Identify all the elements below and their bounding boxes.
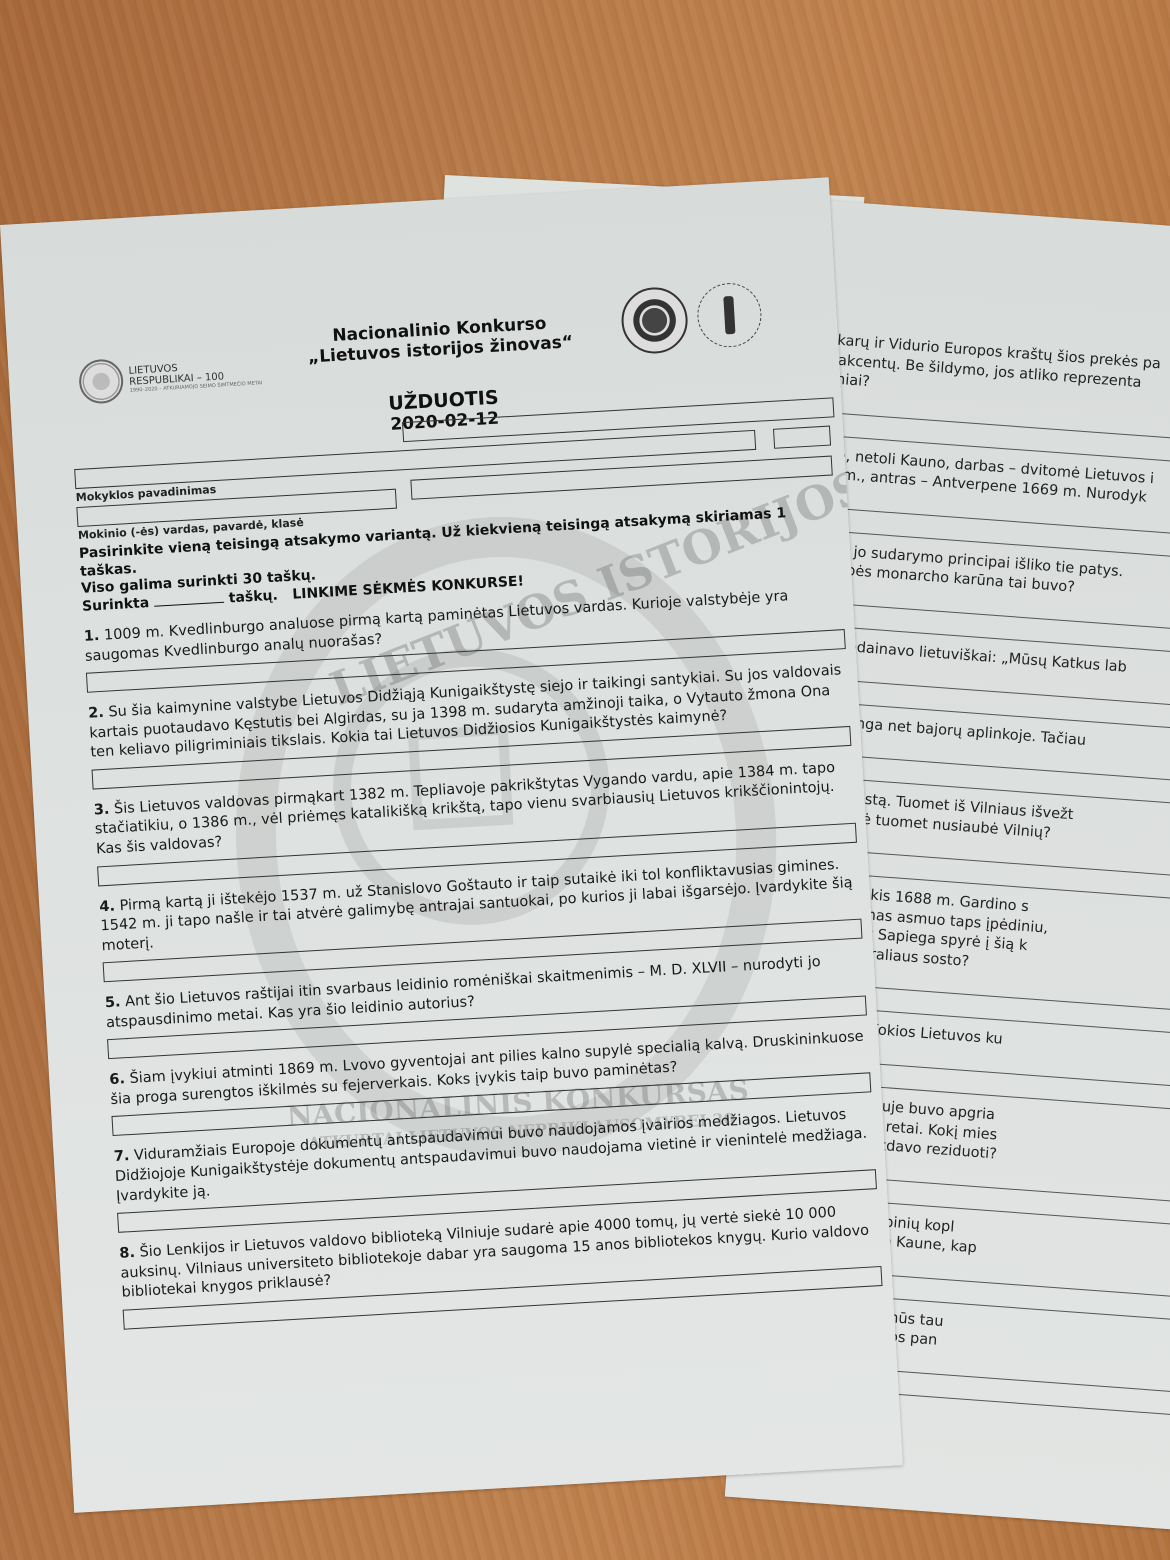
knight-association-logo-icon: [696, 281, 764, 349]
question-number: 2.: [88, 705, 105, 722]
republic-100-logo: LIETUVOS RESPUBLIKAI – 100 1990–2020 – A…: [78, 350, 263, 404]
points-label: taškų.: [228, 587, 278, 606]
collected-points-field[interactable]: [154, 601, 224, 606]
question-number: 6.: [109, 1072, 126, 1089]
question-number: 7.: [113, 1149, 130, 1166]
question-number: 5.: [105, 995, 122, 1012]
question-list: 1. 1009 m. Kvedlinburgo analuose pirmą k…: [83, 584, 882, 1329]
question-number: 8.: [119, 1245, 136, 1262]
quiz-page: LIETUVOS ISTORIJOS ŽINOVAS NACIONALINIS …: [0, 177, 903, 1513]
history-expert-seal-icon: [620, 286, 690, 356]
question-number: 3.: [93, 801, 110, 818]
answer-field[interactable]: [123, 1266, 883, 1330]
republic-seal-icon: [78, 358, 124, 404]
question-number: 1.: [83, 628, 100, 645]
collected-label: Surinkta: [82, 595, 150, 615]
partner-logos: [620, 281, 764, 355]
question-number: 4.: [99, 898, 116, 915]
class-field[interactable]: [773, 426, 831, 449]
